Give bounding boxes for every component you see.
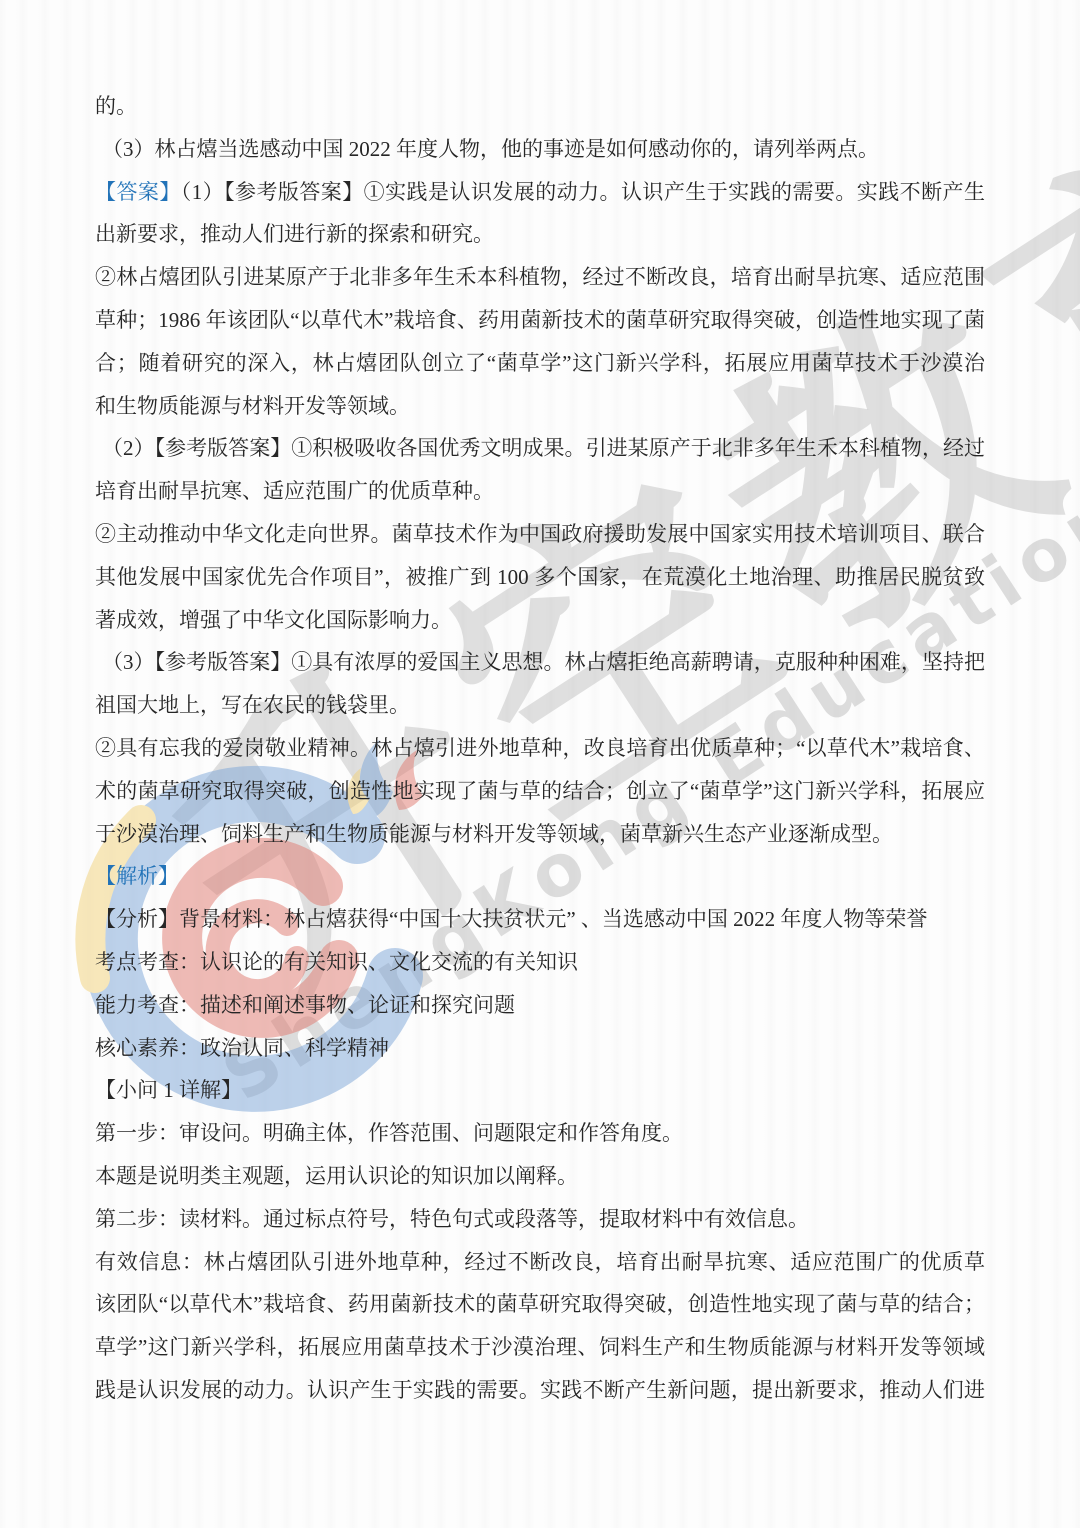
text-line: （3）【参考版答案】①具有浓厚的爱国主义思想。林占熺拒绝高薪聘请，克服种种困难，…	[95, 641, 985, 684]
line-text: 核心素养：政治认同、科学精神	[95, 1036, 389, 1060]
section-label: 【答案】	[95, 180, 181, 204]
line-text: 出新要求，推动人们进行新的探索和研究。	[95, 222, 494, 246]
text-line: 【分析】背景材料：林占熺获得“中国十大扶贫状元” 、当选感动中国 2022 年度…	[95, 898, 985, 941]
line-text: 有效信息：林占熺团队引进外地草种，经过不断改良，培育出耐旱抗寒、适应范围广的优质…	[95, 1250, 985, 1284]
line-text: 第一步：审设问。明确主体，作答范围、问题限定和作答角度。	[95, 1121, 683, 1145]
text-line: 能力考查：描述和阐述事物、论证和探究问题	[95, 984, 985, 1027]
text-line: 其他发展中国家优先合作项目”，被推广到 100 多个国家，在荒漠化土地治理、助推…	[95, 556, 985, 599]
text-line: 于沙漠治理、饲料生产和生物质能源与材料开发等领域，菌草新兴生态产业逐渐成型。	[95, 813, 985, 856]
line-text: 术的菌草研究取得突破，创造性地实现了菌与草的结合；创立了“菌草学”这门新兴学科，…	[95, 779, 985, 813]
line-text: 草种；1986 年该团队“以草代木”栽培食、药用菌新技术的菌草研究取得突破，创造…	[95, 308, 985, 342]
line-text: 于沙漠治理、饲料生产和生物质能源与材料开发等领域，菌草新兴生态产业逐渐成型。	[95, 822, 893, 846]
line-text: 该团队“以草代木”栽培食、药用菌新技术的菌草研究取得突破，创造性地实现了菌与草的…	[95, 1292, 985, 1326]
text-line: 【答案】（1）【参考版答案】①实践是认识发展的动力。认识产生于实践的需要。实践不…	[95, 171, 985, 214]
text-line: ②主动推动中华文化走向世界。菌草技术作为中国政府援助发展中国家实用技术培训项目、…	[95, 513, 985, 556]
text-line: 核心素养：政治认同、科学精神	[95, 1027, 985, 1070]
line-text: 草学”这门新兴学科，拓展应用菌草技术于沙漠治理、饲料生产和生物质能源与材料开发等…	[95, 1335, 985, 1369]
line-text: 【分析】背景材料：林占熺获得“中国十大扶贫状元” 、当选感动中国 2022 年度…	[95, 907, 927, 931]
line-text: ②主动推动中华文化走向世界。菌草技术作为中国政府援助发展中国家实用技术培训项目、…	[95, 522, 985, 556]
line-text: （3）【参考版答案】①具有浓厚的爱国主义思想。林占熺拒绝高薪聘请，克服种种困难，…	[95, 650, 985, 684]
text-line: ②林占熺团队引进某原产于北非多年生禾本科植物，经过不断改良，培育出耐旱抗寒、适应…	[95, 256, 985, 299]
text-line: 和生物质能源与材料开发等领域。	[95, 385, 985, 428]
line-text: 考点考查：认识论的有关知识、文化交流的有关知识	[95, 950, 578, 974]
text-line: 第一步：审设问。明确主体，作答范围、问题限定和作答角度。	[95, 1112, 985, 1155]
line-text: （1）【参考版答案】①实践是认识发展的动力。认识产生于实践的需要。实践不断产生新…	[95, 180, 985, 214]
line-text: 和生物质能源与材料开发等领域。	[95, 394, 410, 418]
line-text: 的。	[95, 94, 137, 118]
text-line: 本题是说明类主观题，运用认识论的知识加以阐释。	[95, 1155, 985, 1198]
text-line: 著成效，增强了中华文化国际影响力。	[95, 599, 985, 642]
line-text: ②林占熺团队引进某原产于北非多年生禾本科植物，经过不断改良，培育出耐旱抗寒、适应…	[95, 265, 985, 299]
section-label: 【解析】	[95, 864, 179, 888]
line-text: ②具有忘我的爱岗敬业精神。林占熺引进外地草种，改良培育出优质草种；“以草代木”栽…	[95, 736, 985, 770]
line-text: 践是认识发展的动力。认识产生于实践的需要。实践不断产生新问题，提出新要求，推动人…	[95, 1378, 985, 1412]
text-line: 合；随着研究的深入，林占熺团队创立了“菌草学”这门新兴学科，拓展应用菌草技术于沙…	[95, 342, 985, 385]
line-text: （3）林占熺当选感动中国 2022 年度人物，他的事迹是如何感动你的，请列举两点…	[102, 137, 879, 161]
document-page: 升空教育 ShengKong Education 的。（3）林占熺当选感动中国 …	[0, 0, 1080, 1528]
line-text: 本题是说明类主观题，运用认识论的知识加以阐释。	[95, 1164, 578, 1188]
line-text: 祖国大地上，写在农民的钱袋里。	[95, 693, 410, 717]
line-text: 合；随着研究的深入，林占熺团队创立了“菌草学”这门新兴学科，拓展应用菌草技术于沙…	[95, 351, 985, 385]
text-line: 【解析】	[95, 855, 985, 898]
text-line: 该团队“以草代木”栽培食、药用菌新技术的菌草研究取得突破，创造性地实现了菌与草的…	[95, 1283, 985, 1326]
document-body: 的。（3）林占熺当选感动中国 2022 年度人物，他的事迹是如何感动你的，请列举…	[95, 85, 985, 1412]
text-line: 的。	[95, 85, 985, 128]
text-line: 第二步：读材料。通过标点符号，特色句式或段落等，提取材料中有效信息。	[95, 1198, 985, 1241]
text-line: 祖国大地上，写在农民的钱袋里。	[95, 684, 985, 727]
line-text: 其他发展中国家优先合作项目”，被推广到 100 多个国家，在荒漠化土地治理、助推…	[95, 565, 985, 599]
text-line: 考点考查：认识论的有关知识、文化交流的有关知识	[95, 941, 985, 984]
line-text: 著成效，增强了中华文化国际影响力。	[95, 608, 452, 632]
line-text: 第二步：读材料。通过标点符号，特色句式或段落等，提取材料中有效信息。	[95, 1207, 809, 1231]
line-text: 能力考查：描述和阐述事物、论证和探究问题	[95, 993, 515, 1017]
text-line: 出新要求，推动人们进行新的探索和研究。	[95, 213, 985, 256]
text-line: 践是认识发展的动力。认识产生于实践的需要。实践不断产生新问题，提出新要求，推动人…	[95, 1369, 985, 1412]
text-line: ②具有忘我的爱岗敬业精神。林占熺引进外地草种，改良培育出优质草种；“以草代木”栽…	[95, 727, 985, 770]
text-line: （2）【参考版答案】①积极吸收各国优秀文明成果。引进某原产于北非多年生禾本科植物…	[95, 427, 985, 470]
line-text: 培育出耐旱抗寒、适应范围广的优质草种。	[95, 479, 494, 503]
text-line: （3）林占熺当选感动中国 2022 年度人物，他的事迹是如何感动你的，请列举两点…	[95, 128, 985, 171]
text-line: 术的菌草研究取得突破，创造性地实现了菌与草的结合；创立了“菌草学”这门新兴学科，…	[95, 770, 985, 813]
text-line: 有效信息：林占熺团队引进外地草种，经过不断改良，培育出耐旱抗寒、适应范围广的优质…	[95, 1241, 985, 1284]
text-line: 【小问 1 详解】	[95, 1069, 985, 1112]
line-text: （2）【参考版答案】①积极吸收各国优秀文明成果。引进某原产于北非多年生禾本科植物…	[95, 436, 985, 470]
line-text: 【小问 1 详解】	[95, 1078, 242, 1102]
text-line: 培育出耐旱抗寒、适应范围广的优质草种。	[95, 470, 985, 513]
text-line: 草种；1986 年该团队“以草代木”栽培食、药用菌新技术的菌草研究取得突破，创造…	[95, 299, 985, 342]
text-line: 草学”这门新兴学科，拓展应用菌草技术于沙漠治理、饲料生产和生物质能源与材料开发等…	[95, 1326, 985, 1369]
